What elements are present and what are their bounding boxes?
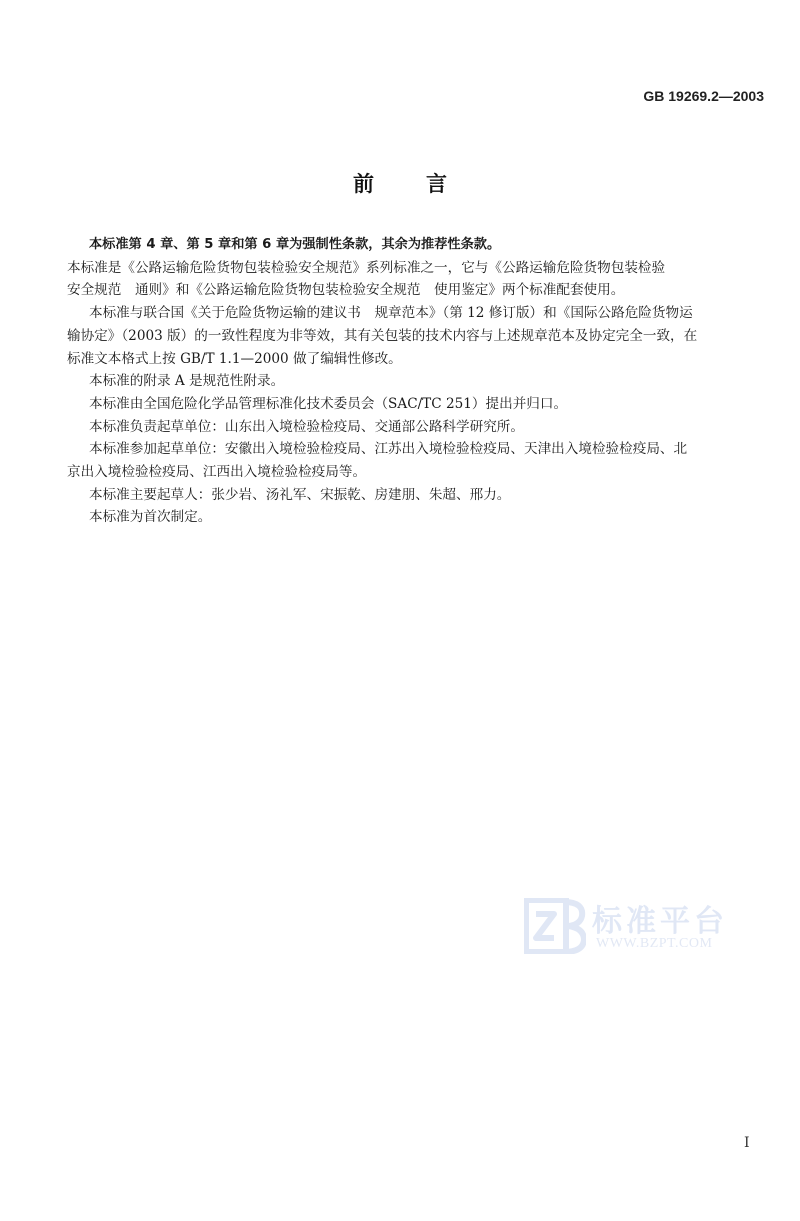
- paragraph-mandatory-clauses: 本标准第 4 章、第 5 章和第 6 章为强制性条款，其余为推荐性条款。: [67, 234, 747, 257]
- paragraph-consistency: 本标准与联合国《关于危险货物运输的建议书 规章范本》（第 12 修订版）和《国际…: [67, 302, 747, 370]
- watermark: 标准平台 WWW.BZPT.COM: [524, 896, 744, 958]
- standard-code: GB 19269.2—2003: [643, 88, 764, 104]
- text-line: 本标准为首次制定。: [67, 506, 747, 529]
- text-line: 安全规范 通则》和《公路运输危险货物包装检验安全规范 使用鉴定》两个标准配套使用…: [67, 279, 747, 302]
- paragraph-annex: 本标准的附录 A 是规范性附录。: [67, 370, 747, 393]
- text-line: 本标准第 4 章、第 5 章和第 6 章为强制性条款，其余为推荐性条款。: [67, 234, 747, 257]
- text-line: 输协定》（2003 版）的一致性程度为非等效，其有关包装的技术内容与上述规章范本…: [67, 325, 747, 348]
- bzpt-logo-icon: [524, 898, 586, 954]
- watermark-url: WWW.BZPT.COM: [596, 936, 712, 952]
- text-line: 本标准主要起草人：张少岩、汤礼军、宋振乾、房建朋、朱超、邢力。: [67, 484, 747, 507]
- title-char-2: 言: [426, 168, 447, 198]
- text-line: 本标准的附录 A 是规范性附录。: [67, 370, 747, 393]
- text-line: 标准文本格式上按 GB/T 1.1—2000 做了编辑性修改。: [67, 348, 747, 371]
- page-title: 前言: [0, 168, 800, 198]
- paragraph-first-edition: 本标准为首次制定。: [67, 506, 747, 529]
- page-number: I: [744, 1135, 750, 1151]
- text-line: 本标准与联合国《关于危险货物运输的建议书 规章范本》（第 12 修订版）和《国际…: [67, 302, 747, 325]
- watermark-text: 标准平台: [592, 896, 728, 940]
- text-line: 本标准参加起草单位：安徽出入境检验检疫局、江苏出入境检验检疫局、天津出入境检验检…: [67, 438, 747, 461]
- paragraph-proposer: 本标准由全国危险化学品管理标准化技术委员会（SAC/TC 251）提出并归口。: [67, 393, 747, 416]
- paragraph-main-drafters: 本标准主要起草人：张少岩、汤礼军、宋振乾、房建朋、朱超、邢力。: [67, 484, 747, 507]
- title-char-1: 前: [353, 168, 374, 198]
- paragraph-responsible-drafters: 本标准负责起草单位：山东出入境检验检疫局、交通部公路科学研究所。: [67, 416, 747, 439]
- paragraph-participating-drafters: 本标准参加起草单位：安徽出入境检验检疫局、江苏出入境检验检疫局、天津出入境检验检…: [67, 438, 747, 483]
- text-line: 本标准由全国危险化学品管理标准化技术委员会（SAC/TC 251）提出并归口。: [67, 393, 747, 416]
- text-line: 本标准负责起草单位：山东出入境检验检疫局、交通部公路科学研究所。: [67, 416, 747, 439]
- foreword-body: 本标准第 4 章、第 5 章和第 6 章为强制性条款，其余为推荐性条款。 本标准…: [67, 234, 747, 529]
- paragraph-series: 本标准是《公路运输危险货物包装检验安全规范》系列标准之一，它与《公路运输危险货物…: [67, 257, 747, 302]
- text-line: 本标准是《公路运输危险货物包装检验安全规范》系列标准之一，它与《公路运输危险货物…: [67, 257, 747, 280]
- text-line: 京出入境检验检疫局、江西出入境检验检疫局等。: [67, 461, 747, 484]
